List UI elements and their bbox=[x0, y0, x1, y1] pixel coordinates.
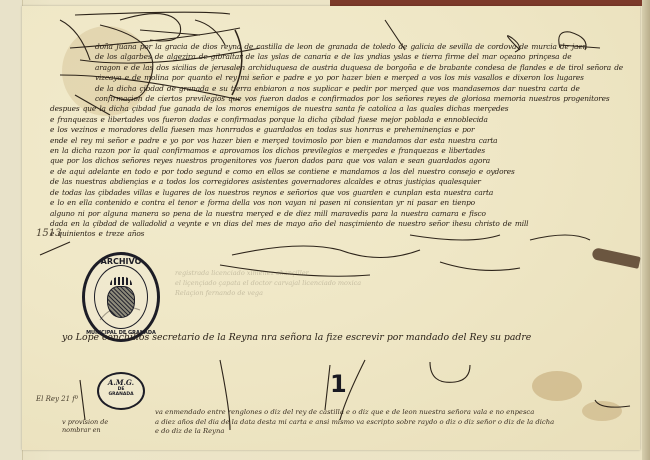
body-line: despues que la dicha çibdad fue ganada d… bbox=[50, 104, 640, 114]
faded-registry-notes: registrada licenciado ximenez chançiller… bbox=[175, 268, 635, 298]
document-body: doña Juana por la gracia de dios reyna d… bbox=[95, 42, 640, 240]
note-line: v provision de bbox=[62, 418, 108, 426]
small-stamp-line1: A.M.G. bbox=[99, 378, 143, 387]
stamp-top-text: ARCHIVO bbox=[85, 257, 157, 266]
body-line: e de aqui adelante en todo e por todo se… bbox=[50, 167, 640, 177]
body-line: dada en la çibdad de valladolid a veynte… bbox=[50, 219, 640, 229]
stamp-crest-frame bbox=[94, 265, 148, 329]
body-line: vizcaya e de molina por quanto el rey mi… bbox=[95, 73, 640, 83]
secretary-signature-line: yo Lope conchillos secretario de la Reyn… bbox=[62, 332, 642, 343]
small-stamp-line3: GRANADA bbox=[99, 392, 143, 397]
body-line: doña Juana por la gracia de dios reyna d… bbox=[95, 42, 640, 52]
coat-of-arms-icon bbox=[107, 286, 135, 318]
faded-line: registrada licenciado ximenez chançiller bbox=[175, 268, 635, 278]
emendation-line: e do diz de la Reyna bbox=[155, 427, 635, 437]
body-line: de todas las çibdades villas e lugares d… bbox=[50, 188, 640, 198]
body-line: e franquezas e libertades vos fueron dad… bbox=[50, 115, 640, 125]
emendation-notes: va enmendado entre renglones o diz del r… bbox=[155, 408, 635, 437]
crown-icon bbox=[110, 277, 132, 285]
body-line: e quinientos e treze años bbox=[50, 229, 640, 239]
body-line: e lo en ella contenido e contra el tenor… bbox=[50, 198, 640, 208]
body-line: ende el rey mi señor e padre e yo por vo… bbox=[50, 136, 640, 146]
body-line: e los vezinos e moradores della fuesen m… bbox=[50, 125, 640, 135]
body-line: que por los dichos señores reyes nuestro… bbox=[50, 156, 640, 166]
body-line: de la dicha çibdad de granada e su tierr… bbox=[95, 84, 640, 94]
small-archive-stamp: A.M.G. DE GRANADA bbox=[97, 372, 145, 410]
body-line: confirmaçion de ciertos previlegios que … bbox=[95, 94, 640, 104]
archive-stamp: ARCHIVO MUNICIPAL DE GRANADA bbox=[82, 252, 160, 342]
note-line: nombrar en bbox=[62, 426, 108, 434]
body-line: en la dicha razon por la qual confirmamo… bbox=[50, 146, 640, 156]
body-line: aragon e de las dos sicilias de jerusale… bbox=[95, 63, 640, 73]
folio-number: 1 bbox=[330, 370, 347, 398]
body-line: de las nuestras abdiençias e a todos los… bbox=[50, 177, 640, 187]
margin-date: 1513 bbox=[36, 228, 61, 239]
body-line: alguno ni por alguna manera so pena de l… bbox=[50, 209, 640, 219]
faded-line: el liçençiado çapata el doctor carvajal … bbox=[175, 278, 635, 288]
bottom-left-note: v provision de nombrar en bbox=[62, 418, 108, 434]
emendation-line: a diez años del dia de la data desta mi … bbox=[155, 418, 635, 428]
faded-line: Relaçion fernando de vega bbox=[175, 288, 635, 298]
body-line: de los algarbes de algezira de gibraltar… bbox=[95, 52, 640, 62]
emendation-line: va enmendado entre renglones o diz del r… bbox=[155, 408, 635, 418]
bottom-margin-note: El Rey 21 fº bbox=[36, 395, 78, 403]
